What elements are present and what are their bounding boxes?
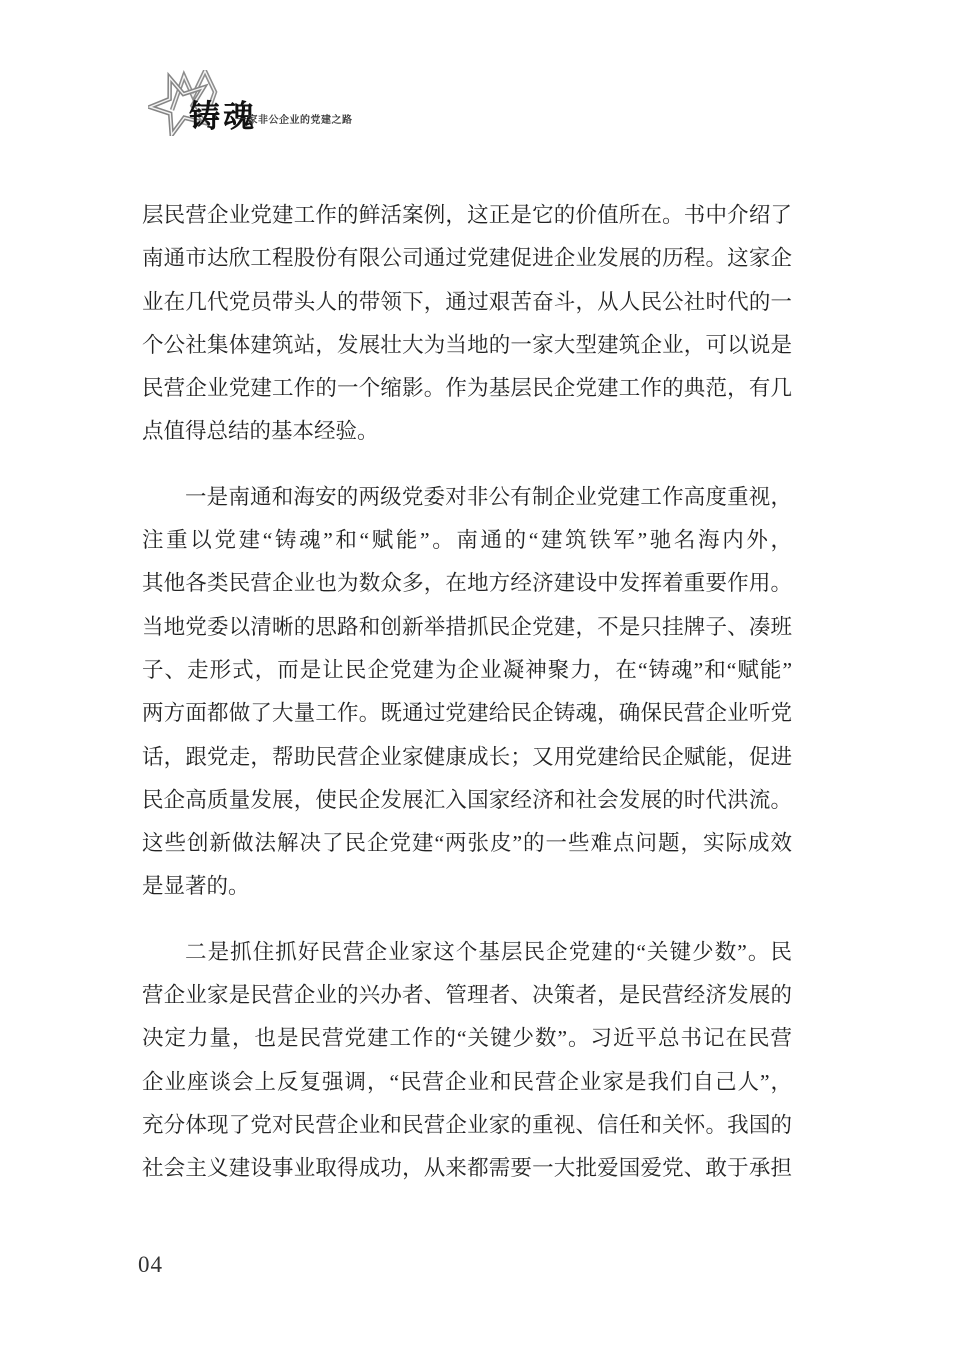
text-line: 点值得总结的基本经验。 bbox=[142, 410, 792, 453]
text-line: 是显著的。 bbox=[142, 865, 792, 908]
text-line: 个公社集体建筑站，发展壮大为当地的一家大型建筑企业，可以说是 bbox=[142, 324, 792, 367]
text-line: 南通市达欣工程股份有限公司通过党建促进企业发展的历程。这家企 bbox=[142, 237, 792, 280]
text-line: 营企业家是民营企业的兴办者、管理者、决策者，是民营经济发展的 bbox=[142, 974, 792, 1017]
paragraph-3: 二是抓住抓好民营企业家这个基层民企党建的“关键少数”。民营企业家是民营企业的兴办… bbox=[142, 931, 792, 1191]
body-text: 层民营企业党建工作的鲜活案例，这正是它的价值所在。书中介绍了南通市达欣工程股份有… bbox=[142, 194, 792, 1191]
text-line: 二是抓住抓好民营企业家这个基层民企党建的“关键少数”。民 bbox=[142, 931, 792, 974]
text-line: 当地党委以清晰的思路和创新举措抓民企党建，不是只挂牌子、凑班 bbox=[142, 606, 792, 649]
text-line: 业在几代党员带头人的带领下，通过艰苦奋斗，从人民公社时代的一 bbox=[142, 281, 792, 324]
logo-subtitle: 一家非公企业的党建之路 bbox=[237, 115, 353, 127]
paragraph-2: 一是南通和海安的两级党委对非公有制企业党建工作高度重视，注重以党建“铸魂”和“赋… bbox=[142, 476, 792, 909]
text-line: 一是南通和海安的两级党委对非公有制企业党建工作高度重视， bbox=[142, 476, 792, 519]
text-line: 子、走形式，而是让民企党建为企业凝神聚力，在“铸魂”和“赋能” bbox=[142, 649, 792, 692]
book-header-logo: 铸魂 一家非公企业的党建之路 bbox=[148, 70, 568, 138]
book-page: 铸魂 一家非公企业的党建之路 层民营企业党建工作的鲜活案例，这正是它的价值所在。… bbox=[0, 0, 964, 1361]
text-line: 决定力量，也是民营党建工作的“关键少数”。习近平总书记在民营 bbox=[142, 1017, 792, 1060]
text-line: 话，跟党走，帮助民营企业家健康成长；又用党建给民企赋能，促进 bbox=[142, 736, 792, 779]
text-line: 社会主义建设事业取得成功，从来都需要一大批爱国爱党、敢于承担 bbox=[142, 1147, 792, 1190]
paragraph-1: 层民营企业党建工作的鲜活案例，这正是它的价值所在。书中介绍了南通市达欣工程股份有… bbox=[142, 194, 792, 454]
text-line: 民企高质量发展，使民企发展汇入国家经济和社会发展的时代洪流。 bbox=[142, 779, 792, 822]
text-line: 其他各类民营企业也为数众多，在地方经济建设中发挥着重要作用。 bbox=[142, 562, 792, 605]
text-line: 层民营企业党建工作的鲜活案例，这正是它的价值所在。书中介绍了 bbox=[142, 194, 792, 237]
text-line: 充分体现了党对民营企业和民营企业家的重视、信任和关怀。我国的 bbox=[142, 1104, 792, 1147]
text-line: 注重以党建“铸魂”和“赋能”。南通的“建筑铁军”驰名海内外， bbox=[142, 519, 792, 562]
text-line: 民营企业党建工作的一个缩影。作为基层民企党建工作的典范，有几 bbox=[142, 367, 792, 410]
text-line: 企业座谈会上反复强调，“民营企业和民营企业家是我们自己人”， bbox=[142, 1061, 792, 1104]
text-line: 两方面都做了大量工作。既通过党建给民企铸魂，确保民营企业听党 bbox=[142, 692, 792, 735]
text-line: 这些创新做法解决了民企党建“两张皮”的一些难点问题，实际成效 bbox=[142, 822, 792, 865]
page-number: 04 bbox=[138, 1248, 163, 1282]
